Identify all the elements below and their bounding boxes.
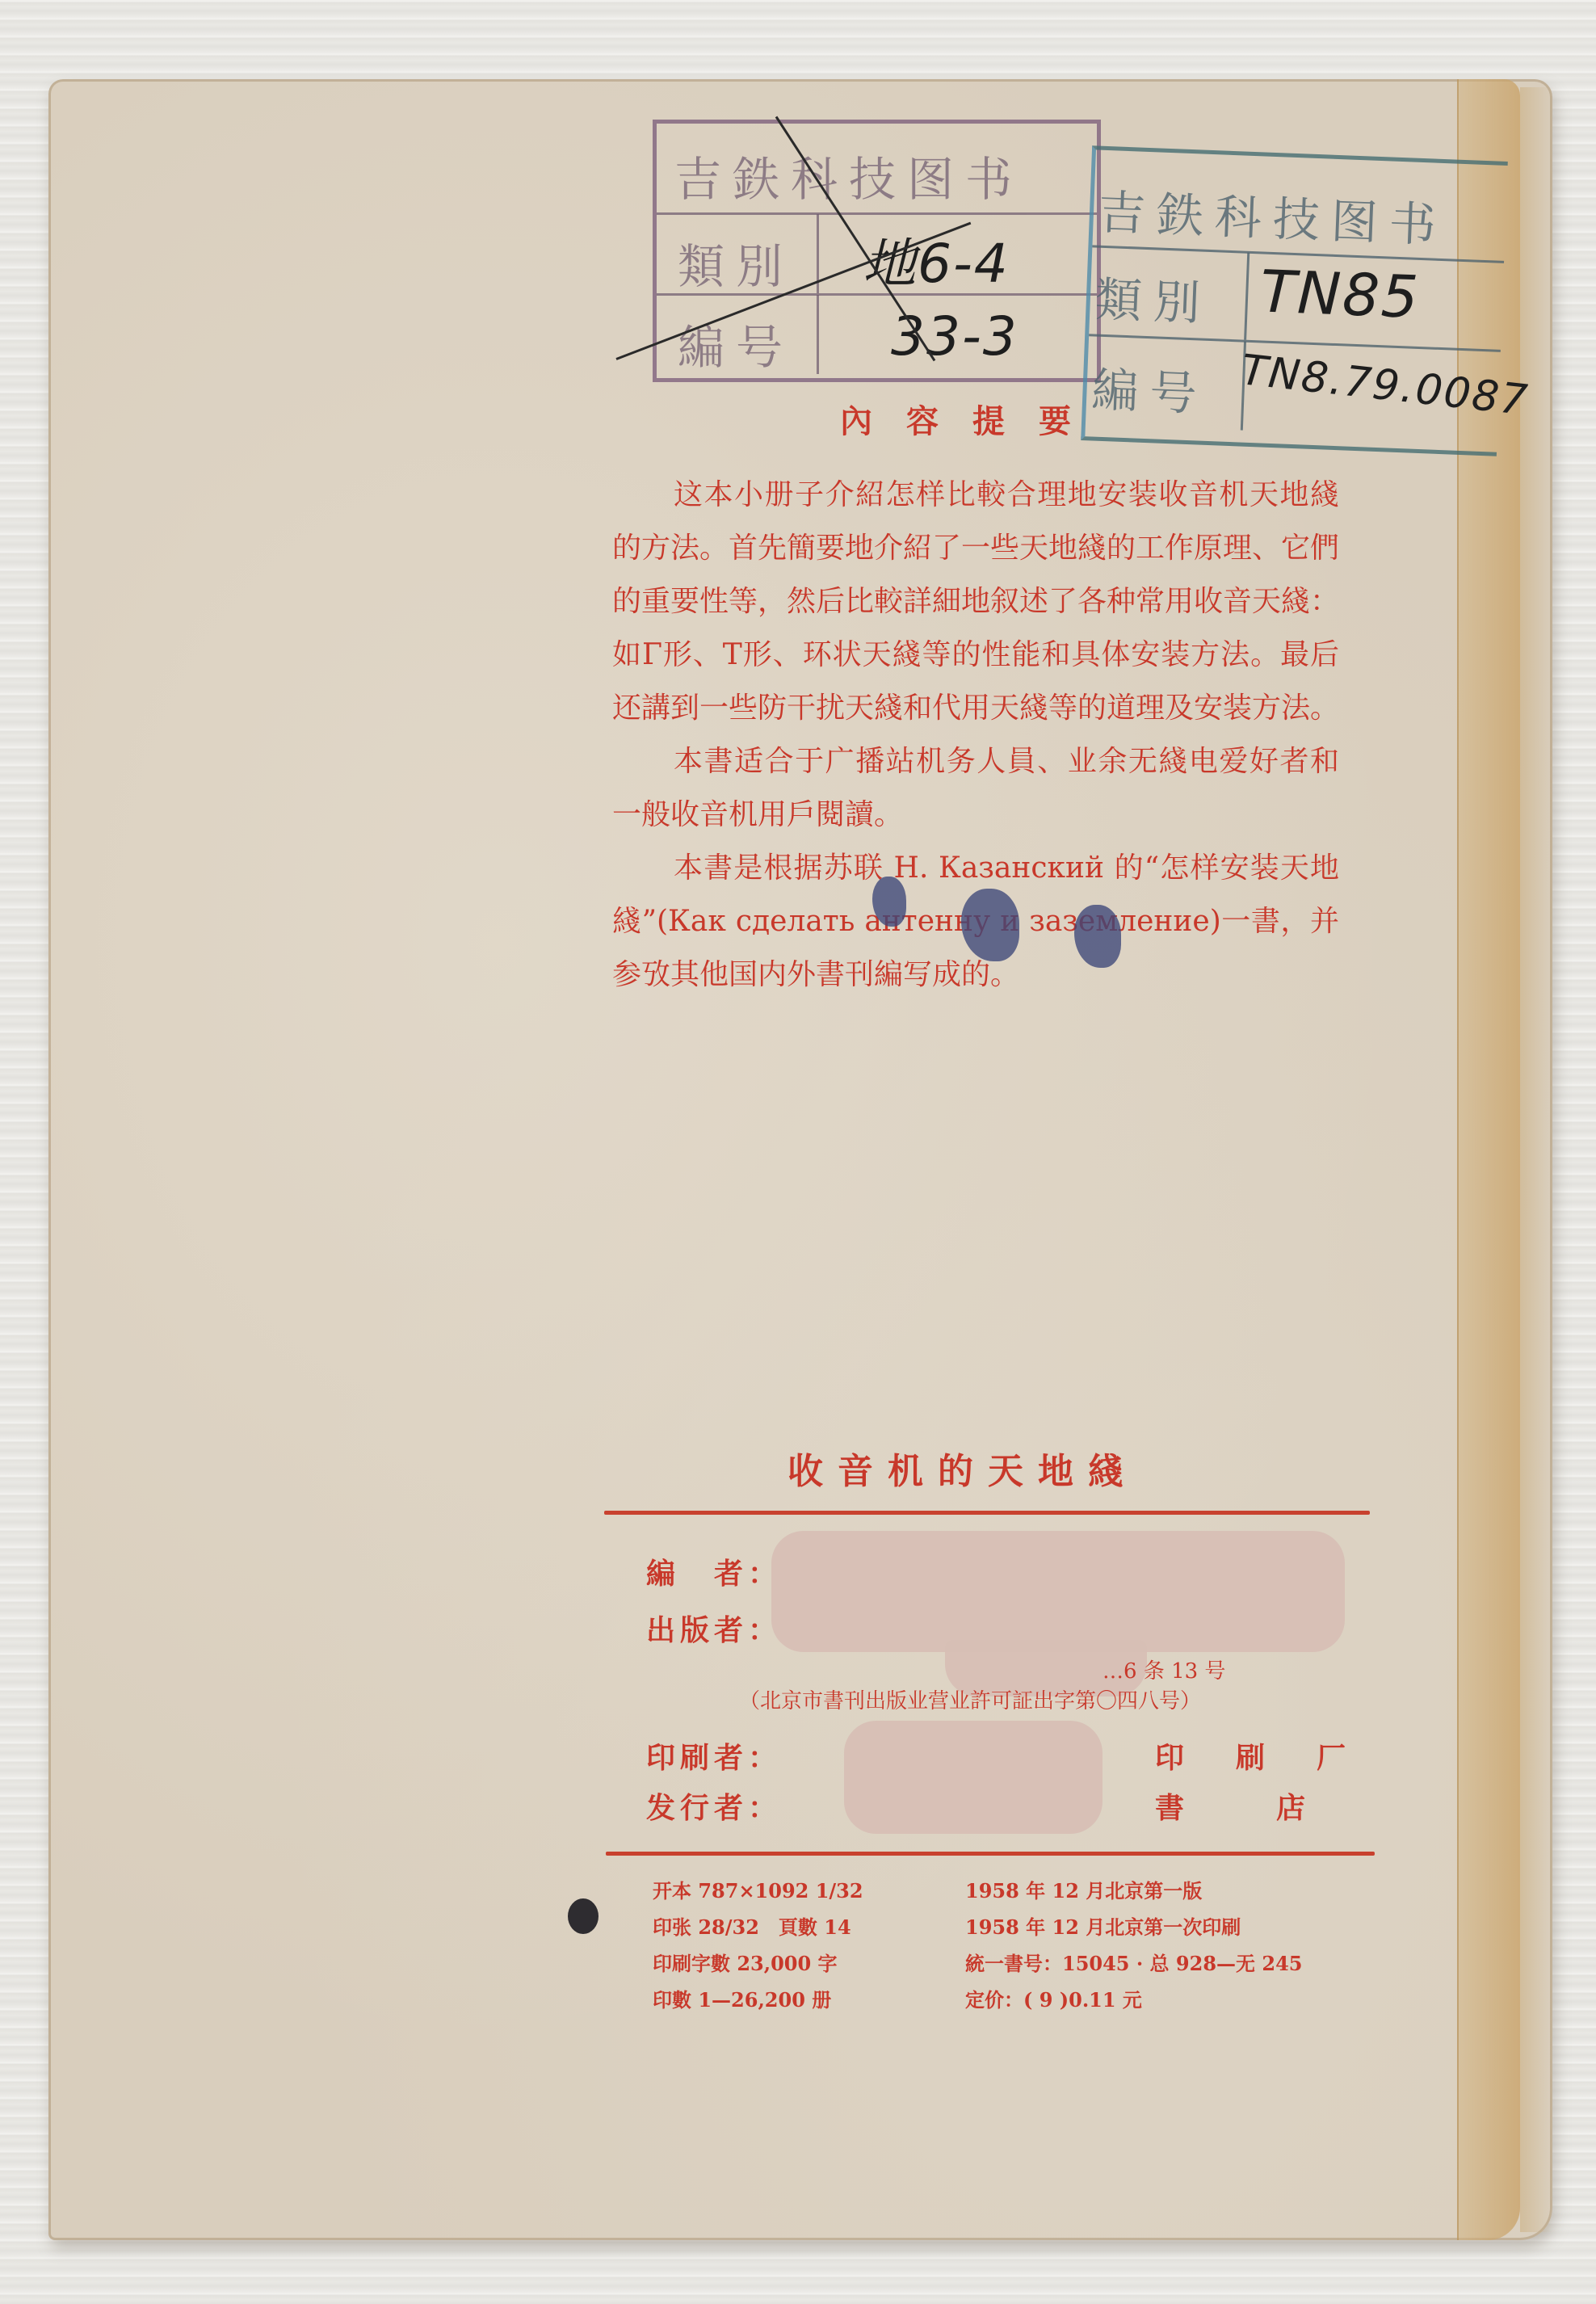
redaction-patch xyxy=(771,1531,1345,1652)
stamp-header-row: 吉鉄科技图书 xyxy=(657,124,1097,215)
library-stamp-new: 吉鉄科技图书 類別 編号 TN85 TN8.79.0087 xyxy=(1081,145,1508,456)
stamp-divider xyxy=(817,295,819,374)
stamp-header-row: 吉鉄科技图书 xyxy=(1092,149,1507,263)
publication-info-left: 开本 787×1092 1/32 印张 28/32 頁數 14 印刷字數 23,… xyxy=(653,1873,863,2018)
distributor-suffix: 書 店 xyxy=(1155,1785,1317,1827)
publisher-address: …6 条 13 号 xyxy=(1102,1654,1225,1684)
printer-label: 印刷者： xyxy=(646,1735,782,1776)
divider-rule-top xyxy=(604,1511,1370,1515)
ink-dot xyxy=(568,1898,598,1934)
stamp-category-label: 類別 xyxy=(1094,262,1212,334)
printing: 1958 年 12 月北京第一次印刷 xyxy=(965,1909,1302,1945)
publisher-label: 出版者： xyxy=(646,1608,782,1649)
word-count: 印刷字數 23,000 字 xyxy=(653,1945,863,1982)
divider-rule-bottom xyxy=(606,1852,1375,1856)
summary-heading: 內容提要 xyxy=(840,396,1107,442)
sheets-pages: 印张 28/32 頁數 14 xyxy=(653,1909,863,1945)
stamp-number-label: 編号 xyxy=(678,309,794,377)
handwritten-number-old: 33-3 xyxy=(891,305,1018,368)
publication-info-right: 1958 年 12 月北京第一版 1958 年 12 月北京第一次印刷 統一書号… xyxy=(965,1873,1302,2018)
format-size: 开本 787×1092 1/32 xyxy=(653,1873,863,1909)
stamp-number-label: 編号 xyxy=(1090,351,1209,423)
price: 定价：( 9 )0.11 元 xyxy=(965,1982,1302,2018)
editor-label: 編 者： xyxy=(646,1551,782,1592)
handwritten-category-new: TN85 xyxy=(1259,257,1422,331)
summary-paragraph-1: 这本小册子介紹怎样比較合理地安装收音机天地綫的方法。首先簡要地介紹了一些天地綫的… xyxy=(612,469,1339,735)
summary-paragraph-2: 本書适合于广播站机务人員、业余无綫电爱好者和一般收音机用戶閱讀。 xyxy=(612,735,1339,842)
distributor-label: 发行者： xyxy=(646,1785,782,1827)
unified-book-number: 統一書号：15045 · 总 928—无 245 xyxy=(965,1945,1302,1982)
redaction-patch xyxy=(844,1721,1102,1834)
print-run: 印數 1—26,200 册 xyxy=(653,1982,863,2018)
publishing-license: （北京市書刊出版业营业許可証出字第〇四八号） xyxy=(739,1684,1201,1714)
printer-suffix: 印 刷 厂 xyxy=(1155,1735,1357,1776)
stamp-category-label: 類別 xyxy=(678,229,794,296)
stamp-divider xyxy=(1244,253,1249,340)
book-title: 收音机的天地綫 xyxy=(787,1442,1207,1494)
stamp-header: 吉鉄科技图书 xyxy=(674,141,1023,209)
stamp-header: 吉鉄科技图书 xyxy=(1098,174,1449,256)
library-stamp-old: 吉鉄科技图书 類別 編号 地6-4 33-3 xyxy=(653,120,1101,382)
stamp-number-row: 編号 xyxy=(657,295,1097,374)
edition: 1958 年 12 月北京第一版 xyxy=(965,1873,1302,1909)
